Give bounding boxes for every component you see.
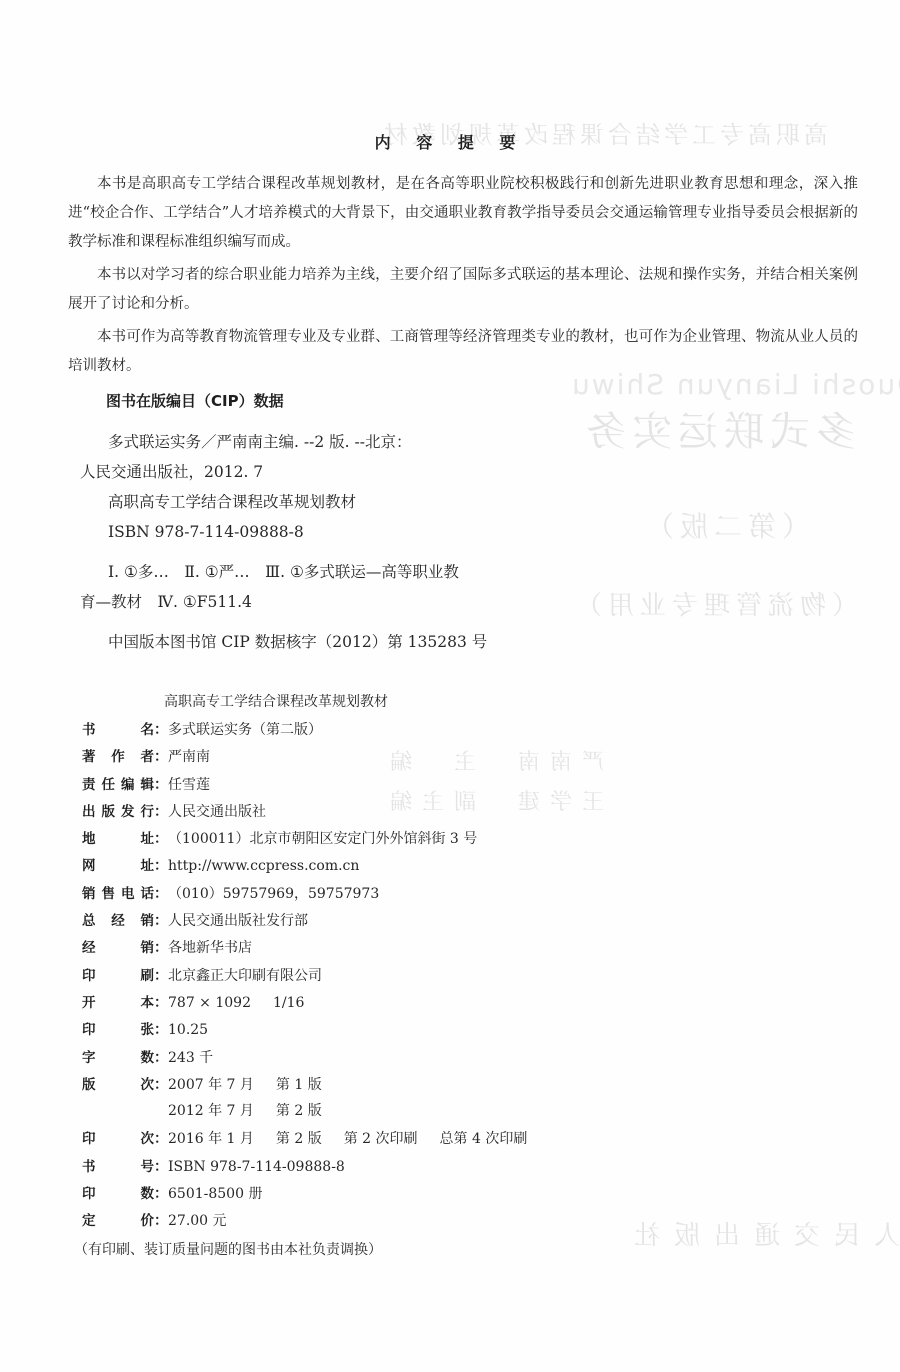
imprint-label-char: 销 <box>141 936 155 956</box>
imprint-label-char: 名 <box>141 718 155 738</box>
imprint-label-char: 出 <box>82 800 96 820</box>
imprint-value-segment: 27.00 元 <box>168 1210 227 1230</box>
imprint-label: 总经销 <box>82 909 154 929</box>
summary-title: 内 容 提 要 <box>0 130 900 153</box>
imprint-value-segment: 1/16 <box>273 995 304 1011</box>
imprint-label-char: 本 <box>141 991 155 1011</box>
imprint-row: 版次：2007 年 7 月第 1 版 <box>82 1073 782 1100</box>
cip-line: 人民交通出版社，2012. 7 <box>80 457 608 487</box>
imprint-value-segment: （010）59757969，59757973 <box>168 883 379 903</box>
imprint-label-char: 者 <box>141 745 155 765</box>
imprint-row: 经销：各地新华书店 <box>82 936 782 963</box>
imprint-label-char: 印 <box>82 1018 96 1038</box>
imprint-value: 10.25 <box>168 1022 230 1038</box>
imprint-value-segment: 各地新华书店 <box>168 937 252 957</box>
imprint-label-char: 作 <box>111 745 125 765</box>
imprint-label-char: 版 <box>82 1073 96 1093</box>
imprint-colon: ： <box>154 937 168 957</box>
imprint-label-char: 总 <box>82 909 96 929</box>
imprint-value-segment: 第 2 版 <box>276 1128 322 1148</box>
imprint-label-char: 次 <box>141 1073 155 1093</box>
imprint-label: 印数 <box>82 1182 154 1202</box>
imprint-colon: ： <box>154 1074 168 1094</box>
imprint-value: ISBN 978-7-114-09888-8 <box>168 1159 367 1175</box>
imprint-label-char: 价 <box>141 1209 155 1229</box>
imprint-label: 网址 <box>82 854 154 874</box>
imprint-value-segment: （100011）北京市朝阳区安定门外外馆斜街 3 号 <box>168 828 477 848</box>
imprint-colon: ： <box>154 910 168 930</box>
imprint-label-char: 址 <box>141 827 155 847</box>
imprint-colon: ： <box>154 883 168 903</box>
imprint-row: 印刷：北京鑫正大印刷有限公司 <box>82 964 782 991</box>
imprint-value-segment: 多式联运实务（第二版） <box>168 719 322 739</box>
imprint-label: 销售电话 <box>82 882 154 902</box>
imprint-colon: ： <box>154 1047 168 1067</box>
quality-note: （有印刷、装订质量问题的图书由本社负责调换） <box>74 1239 782 1259</box>
imprint-colon: ： <box>154 1156 168 1176</box>
imprint-label: 出版发行 <box>82 800 154 820</box>
imprint-value-segment: 2016 年 1 月 <box>168 1128 254 1148</box>
imprint-value-segment: 人民交通出版社发行部 <box>168 910 308 930</box>
summary-paragraph: 本书可作为高等教育物流管理专业及专业群、工商管理等经济管理类专业的教材，也可作为… <box>68 323 858 381</box>
imprint-label-char: 著 <box>82 745 96 765</box>
summary-paragraph: 本书以对学习者的综合职业能力培养为主线，主要介绍了国际多式联运的基本理论、法规和… <box>68 261 858 319</box>
cip-line: 多式联运实务／严南南主编. --2 版. --北京： <box>108 427 608 457</box>
imprint-label: 印次 <box>82 1127 154 1147</box>
imprint-label-char: 地 <box>82 827 96 847</box>
imprint-label-char: 印 <box>82 964 96 984</box>
imprint-value-segment: ISBN 978-7-114-09888-8 <box>168 1159 345 1175</box>
imprint-value-segment: 243 千 <box>168 1047 213 1067</box>
imprint-value-segment: 第 2 版 <box>276 1100 322 1120</box>
imprint-value-segment: 第 1 版 <box>276 1074 322 1094</box>
imprint-row: 印次：2016 年 1 月第 2 版第 2 次印刷总第 4 次印刷 <box>82 1127 782 1154</box>
imprint-label: 字数 <box>82 1046 154 1066</box>
imprint-label: 地址 <box>82 827 154 847</box>
imprint-row: ：2012 年 7 月第 2 版 <box>82 1100 782 1127</box>
imprint-label-char: 售 <box>102 882 116 902</box>
imprint-value-segment: 2007 年 7 月 <box>168 1074 254 1094</box>
cip-verification-number: 中国版本图书馆 CIP 数据核字（2012）第 135283 号 <box>108 627 608 657</box>
imprint-label-char: 编 <box>121 773 135 793</box>
imprint-label-char: 责 <box>82 773 96 793</box>
imprint-value-segment: 任雪莲 <box>168 774 210 794</box>
imprint-value: 严南南 <box>168 746 232 766</box>
imprint-label-char: 版 <box>102 800 116 820</box>
imprint-value-segment: 总第 4 次印刷 <box>440 1128 528 1148</box>
imprint-value-segment: 北京鑫正大印刷有限公司 <box>168 965 322 985</box>
imprint-label-char: 销 <box>141 909 155 929</box>
imprint-row: 开本：787 × 10921/16 <box>82 991 782 1018</box>
imprint-value: 人民交通出版社发行部 <box>168 910 330 930</box>
imprint-value: （100011）北京市朝阳区安定门外外馆斜街 3 号 <box>168 828 499 848</box>
imprint-label-char: 址 <box>141 854 155 874</box>
imprint-label: 开本 <box>82 991 154 1011</box>
bleed-through-title: 多式联运实务 <box>580 400 856 457</box>
imprint-value-segment: 10.25 <box>168 1022 208 1038</box>
imprint-label-char: 开 <box>82 991 96 1011</box>
imprint-colon: ： <box>154 719 168 739</box>
imprint-label: 印刷 <box>82 964 154 984</box>
imprint-value: 243 千 <box>168 1047 235 1067</box>
cip-classification: Ⅰ. ①多… Ⅱ. ①严… Ⅲ. ①多式联运—高等职业教 <box>108 557 608 587</box>
imprint-value-segment: 2012 年 7 月 <box>168 1100 254 1120</box>
imprint-label-char: 张 <box>141 1018 155 1038</box>
cip-classification: 育—教材 Ⅳ. ①F511.4 <box>80 587 608 617</box>
imprint-row: 地址：（100011）北京市朝阳区安定门外外馆斜街 3 号 <box>82 827 782 854</box>
imprint-value: 2016 年 1 月第 2 版第 2 次印刷总第 4 次印刷 <box>168 1128 549 1148</box>
imprint-label-char: 行 <box>141 800 155 820</box>
imprint-colon: ： <box>154 1210 168 1230</box>
imprint-label: 责任编辑 <box>82 773 154 793</box>
imprint-label-char: 书 <box>82 718 96 738</box>
imprint-value-segment: 严南南 <box>168 746 210 766</box>
imprint-colon: ： <box>154 1128 168 1148</box>
cip-line: 高职高专工学结合课程改革规划教材 <box>108 487 608 517</box>
summary-paragraph: 本书是高职高专工学结合课程改革规划教材，是在各高等职业院校积极践行和创新先进职业… <box>68 170 858 257</box>
copyright-page: 高职高专工学结合课程改革规划教材 Duoshi Lianyun Shiwu 多式… <box>0 0 900 1372</box>
imprint-label-char: 网 <box>82 854 96 874</box>
imprint-section: 书名：多式联运实务（第二版）著作者：严南南责任编辑：任雪莲出版发行：人民交通出版… <box>82 718 782 1259</box>
imprint-label-char: 次 <box>141 1127 155 1147</box>
imprint-label-char: 发 <box>121 800 135 820</box>
imprint-label-char: 经 <box>111 909 125 929</box>
imprint-label-char: 数 <box>141 1182 155 1202</box>
imprint-value: 人民交通出版社 <box>168 801 288 821</box>
imprint-label: 版次 <box>82 1073 154 1093</box>
cip-isbn: ISBN 978-7-114-09888-8 <box>108 517 608 547</box>
imprint-label-char: 数 <box>141 1046 155 1066</box>
imprint-label-char: 经 <box>82 936 96 956</box>
imprint-colon: ： <box>154 828 168 848</box>
imprint-label-char: 任 <box>102 773 116 793</box>
imprint-label-char: 印 <box>82 1127 96 1147</box>
imprint-value-segment: http://www.ccpress.com.cn <box>168 858 359 874</box>
imprint-label-char: 定 <box>82 1209 96 1229</box>
imprint-row: 书号：ISBN 978-7-114-09888-8 <box>82 1155 782 1182</box>
imprint-value: http://www.ccpress.com.cn <box>168 858 381 874</box>
imprint-row: 书名：多式联运实务（第二版） <box>82 718 782 745</box>
imprint-label: 定价 <box>82 1209 154 1229</box>
imprint-value-segment: 787 × 1092 <box>168 995 251 1011</box>
imprint-label-char: 话 <box>141 882 155 902</box>
imprint-label-char: 辑 <box>141 773 155 793</box>
imprint-colon: ： <box>154 1019 168 1039</box>
imprint-label-char: 刷 <box>141 964 155 984</box>
imprint-value-segment: 第 2 次印刷 <box>344 1128 418 1148</box>
imprint-label: 印张 <box>82 1018 154 1038</box>
imprint-label-char: 印 <box>82 1182 96 1202</box>
imprint-label: 经销 <box>82 936 154 956</box>
cip-section: 图书在版编目（CIP）数据 多式联运实务／严南南主编. --2 版. --北京：… <box>108 390 608 657</box>
imprint-row: 印数：6501-8500 册 <box>82 1182 782 1209</box>
imprint-value-segment: 6501-8500 册 <box>168 1183 262 1203</box>
imprint-label-char: 书 <box>82 1155 96 1175</box>
imprint-value: 多式联运实务（第二版） <box>168 719 344 739</box>
imprint-value: 27.00 元 <box>168 1210 249 1230</box>
imprint-label: 书号 <box>82 1155 154 1175</box>
imprint-value: 787 × 10921/16 <box>168 995 326 1011</box>
imprint-row: 销售电话：（010）59757969，59757973 <box>82 882 782 909</box>
imprint-label: 书名 <box>82 718 154 738</box>
imprint-row: 网址：http://www.ccpress.com.cn <box>82 854 782 881</box>
bleed-through-edition: （第二版） <box>640 505 810 545</box>
imprint-value: （010）59757969，59757973 <box>168 883 401 903</box>
imprint-colon: ： <box>154 801 168 821</box>
imprint-colon: ： <box>154 965 168 985</box>
summary-section: 本书是高职高专工学结合课程改革规划教材，是在各高等职业院校积极践行和创新先进职业… <box>68 170 858 385</box>
imprint-value: 任雪莲 <box>168 774 232 794</box>
imprint-value-segment: 人民交通出版社 <box>168 801 266 821</box>
imprint-label-char: 字 <box>82 1046 96 1066</box>
imprint-row: 定价：27.00 元 <box>82 1209 782 1236</box>
imprint-label-char: 电 <box>121 882 135 902</box>
imprint-row: 责任编辑：任雪莲 <box>82 773 782 800</box>
imprint-colon: ： <box>154 1183 168 1203</box>
imprint-colon: ： <box>154 774 168 794</box>
imprint-colon: ： <box>154 746 168 766</box>
imprint-row: 总经销：人民交通出版社发行部 <box>82 909 782 936</box>
imprint-colon: ： <box>154 992 168 1012</box>
imprint-label-char: 销 <box>82 882 96 902</box>
cip-title: 图书在版编目（CIP）数据 <box>106 390 608 411</box>
imprint-row: 印张：10.25 <box>82 1018 782 1045</box>
imprint-row: 著作者：严南南 <box>82 745 782 772</box>
imprint-value: 6501-8500 册 <box>168 1183 284 1203</box>
imprint-row: 字数：243 千 <box>82 1046 782 1073</box>
bleed-through-major: （物流管理专业用） <box>570 585 858 622</box>
imprint-value: 2012 年 7 月第 2 版 <box>168 1100 344 1120</box>
imprint-label: 著作者 <box>82 745 154 765</box>
imprint-value: 各地新华书店 <box>168 937 274 957</box>
imprint-value: 北京鑫正大印刷有限公司 <box>168 965 344 985</box>
imprint-series: 高职高专工学结合课程改革规划教材 <box>164 691 388 711</box>
imprint-label-char: 号 <box>141 1155 155 1175</box>
imprint-row: 出版发行：人民交通出版社 <box>82 800 782 827</box>
imprint-value: 2007 年 7 月第 1 版 <box>168 1074 344 1094</box>
imprint-colon: ： <box>154 855 168 875</box>
